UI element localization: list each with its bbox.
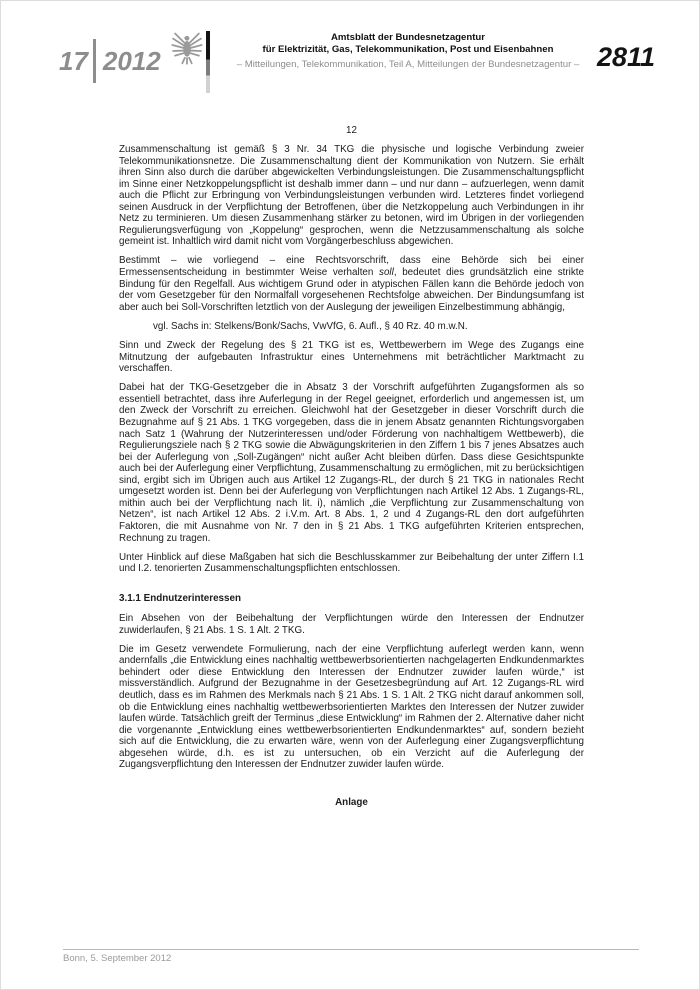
journal-title-line1: Amtsblatt der Bundesnetzagentur — [214, 32, 602, 44]
document-body: Zusammenschaltung ist gemäß § 3 Nr. 34 T… — [119, 144, 584, 808]
journal-masthead: Amtsblatt der Bundesnetzagentur für Elek… — [214, 32, 602, 71]
paragraph: Bestimmt – wie vorliegend – eine Rechtsv… — [119, 255, 584, 313]
footer-rule — [63, 949, 639, 950]
content-column: 12 Zusammenschaltung ist gemäß § 3 Nr. 3… — [119, 125, 584, 816]
running-page-number: 2811 — [597, 42, 655, 73]
journal-subtitle: – Mitteilungen, Telekommunikation, Teil … — [214, 59, 602, 71]
paragraph: Unter Hinblick auf diese Maßgaben hat si… — [119, 552, 584, 575]
issue-separator-bar — [93, 39, 96, 83]
journal-title-line2: für Elektrizität, Gas, Telekommunikation… — [214, 44, 602, 56]
paragraph: Sinn und Zweck der Regelung des § 21 TKG… — [119, 340, 584, 375]
content-page-number: 12 — [119, 125, 584, 137]
issue-number: 17 — [59, 46, 88, 77]
citation-reference: vgl. Sachs in: Stelkens/Bonk/Sachs, VwVf… — [119, 321, 584, 333]
paragraph: Ein Absehen von der Beibehaltung der Ver… — [119, 613, 584, 636]
footer-date: Bonn, 5. September 2012 — [63, 953, 171, 964]
section-heading: 3.1.1 Endnutzerinteressen — [119, 593, 584, 605]
issue-block: 17 2012 — [59, 39, 161, 83]
paragraph: Zusammenschaltung ist gemäß § 3 Nr. 34 T… — [119, 144, 584, 248]
header-divider-bar — [206, 31, 210, 93]
issue-year: 2012 — [103, 46, 161, 77]
document-page: 17 2012 Amtsblatt der Bunde — [0, 0, 700, 990]
paragraph: Die im Gesetz verwendete Formulierung, n… — [119, 644, 584, 771]
federal-eagle-icon — [170, 30, 204, 66]
annex-label: Anlage — [119, 797, 584, 809]
paragraph: Dabei hat der TKG-Gesetzgeber die in Abs… — [119, 382, 584, 544]
